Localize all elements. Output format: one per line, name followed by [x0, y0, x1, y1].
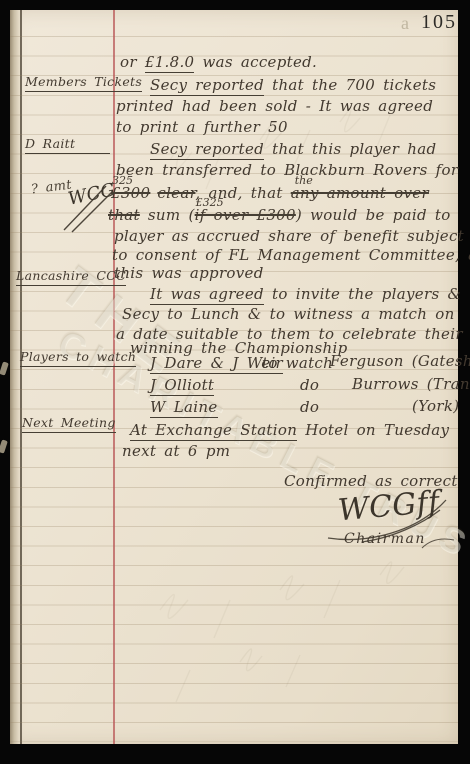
chairman-signature: WCGff [337, 488, 441, 527]
players-row-mid: to watch [262, 356, 333, 371]
text: that this player had [264, 140, 436, 158]
minute-line-amended: that sum (£325if over £300) would be pai… [108, 208, 451, 223]
lead-exchange-station: At Exchange Station [130, 421, 297, 441]
players-row-target: Ferguson (Gateshead) [330, 354, 470, 369]
minute-line: next at 6 pm [122, 444, 230, 459]
minute-line: been transferred to Blackburn Rovers for [116, 163, 458, 178]
amended-phrase: theany amount over [291, 186, 429, 201]
amended-amount: 325£300 [111, 186, 150, 201]
margin-rule-line [113, 10, 115, 744]
underlined-amount: £1.8.0 [145, 53, 195, 73]
edge-ink-mark [0, 361, 9, 375]
page-number: 105 [421, 11, 457, 34]
struck-text: clear [157, 184, 195, 202]
text: or [120, 53, 145, 71]
inserted-text: 325 [112, 175, 133, 186]
text: was accepted. [194, 53, 317, 71]
players-row: W Laine [150, 400, 218, 415]
text: Hotel on Tuesday [297, 421, 449, 439]
margin-heading-lancashire-ccc: Lancashire CCC [16, 270, 126, 286]
minute-line: Secy reported that this player had [150, 142, 436, 157]
players-row: J Olliott [150, 378, 214, 393]
text: ) would be paid to [296, 206, 451, 224]
minute-line: printed had been sold - It was agreed [116, 99, 433, 114]
minute-line-accepted: or £1.8.0 was accepted. [120, 55, 317, 70]
text: to invite the players & [264, 285, 461, 303]
inserted-text: the [295, 175, 313, 186]
scout-names: J Olliott [150, 376, 214, 396]
margin-heading-next-meeting: Next Meeting [22, 417, 116, 433]
minute-line: Secy reported that the 700 tickets [150, 78, 436, 93]
inserted-text: £325 [196, 197, 224, 208]
watermark-letter: a [401, 13, 409, 34]
players-row-target: (York) [412, 399, 459, 414]
scout-names: W Laine [150, 398, 218, 418]
margin-heading-players-to-watch: Players to watch [20, 351, 136, 367]
players-row-mid: do [300, 378, 319, 393]
minute-line: to consent of FL Management Committee, a… [112, 248, 470, 263]
amended-amount: £325if over £300 [195, 208, 296, 223]
minute-line: Secy to Lunch & to witness a match on [122, 307, 455, 322]
lead-it-was-agreed: It was agreed [150, 285, 264, 305]
players-row-mid: do [300, 400, 319, 415]
text: sum ( [140, 206, 195, 224]
text: that the 700 tickets [264, 76, 436, 94]
minute-line: to print a further 50 [116, 120, 288, 135]
margin-heading-d-raitt: D Raitt [25, 138, 110, 154]
minute-line: this was approved [114, 266, 264, 281]
chairman-label: Chairman [344, 532, 426, 546]
edge-ink-mark [0, 439, 8, 453]
minute-line: player as accrued share of benefit subje… [114, 229, 464, 244]
minute-line-amended: 325£300clear, and, that theany amount ov… [111, 186, 429, 201]
minute-book-photo: THE CHARITABLE TRUST a 105 Members Ticke… [0, 0, 470, 764]
lead-secy-reported: Secy reported [150, 76, 264, 96]
lead-secy-reported: Secy reported [150, 140, 264, 160]
struck-text: that [108, 206, 140, 224]
margin-heading-members-tickets: Members Tickets [25, 76, 142, 92]
players-row-target: Burrows (Tranmere) [352, 377, 470, 392]
minute-line: At Exchange Station Hotel on Tuesday [130, 423, 449, 438]
minute-line: It was agreed to invite the players & [150, 287, 461, 302]
